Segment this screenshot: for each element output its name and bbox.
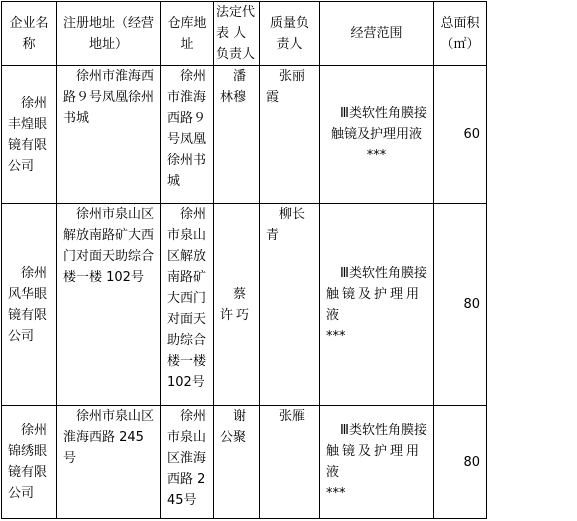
registered-address-cell: 徐州市泉山区解放南路矿大西门对面天助综合楼一楼 102号 xyxy=(57,204,161,406)
header-row: 企业名称 注册地址（经营地址） 仓库地址 法定代表 人负责人 质量负责人 经营范… xyxy=(2,2,487,66)
scope-line-3: *** xyxy=(326,483,427,504)
warehouse-address-cell: 徐州市泉山区解放南路矿大西门对面天助综合楼一楼 102号 xyxy=(161,204,214,406)
warehouse-address-cell: 徐州市泉山区淮海西路 245号 xyxy=(161,406,214,519)
scope-line-2: 触镜及护理用液 xyxy=(326,284,427,326)
table-row: 徐州风华眼镜有限公司 徐州市泉山区解放南路矿大西门对面天助综合楼一楼 102号 … xyxy=(2,204,487,406)
legal-rep-cell: 蔡许巧 xyxy=(214,204,260,406)
header-registered-address: 注册地址（经营地址） xyxy=(57,2,161,66)
business-scope-cell: Ⅲ类软性角膜接 触镜及护理用液 *** xyxy=(320,406,434,519)
scope-line-1: Ⅲ类软性角膜接 xyxy=(326,263,427,284)
business-scope-cell: Ⅲ类软性角膜接 触镜及护理用液 *** xyxy=(320,204,434,406)
warehouse-address-cell: 徐州市淮海西路９号凤凰徐州书城 xyxy=(161,66,214,204)
total-area-cell: 60 xyxy=(434,66,487,204)
table-row: 徐州锦绣眼镜有限公司 徐州市泉山区淮海西路 245号 徐州市泉山区淮海西路 24… xyxy=(2,406,487,519)
company-table: 企业名称 注册地址（经营地址） 仓库地址 法定代表 人负责人 质量负责人 经营范… xyxy=(1,1,487,519)
header-business-scope: 经营范围 xyxy=(320,2,434,66)
scope-line-2: 触镜及护理用液 xyxy=(326,124,427,145)
total-area-cell: 80 xyxy=(434,406,487,519)
header-legal-rep: 法定代表 人负责人 xyxy=(214,2,260,66)
business-scope-cell: Ⅲ类软性角膜接 触镜及护理用液 *** xyxy=(320,66,434,204)
quality-manager-cell: 张丽霞 xyxy=(260,66,320,204)
quality-manager-cell: 柳长青 xyxy=(260,204,320,406)
table-row: 徐州丰煌眼镜有限公司 徐州市淮海西路９号凤凰徐州书城 徐州市淮海西路９号凤凰徐州… xyxy=(2,66,487,204)
header-quality-manager: 质量负责人 xyxy=(260,2,320,66)
legal-rep-cell: 谢公聚 xyxy=(214,406,260,519)
scope-line-3: *** xyxy=(326,145,427,166)
quality-manager-cell: 张雁 xyxy=(260,406,320,519)
scope-line-3: *** xyxy=(326,326,427,347)
header-warehouse-address: 仓库地址 xyxy=(161,2,214,66)
registered-address-cell: 徐州市泉山区淮海西路 245号 xyxy=(57,406,161,519)
company-name-cell: 徐州风华眼镜有限公司 xyxy=(2,204,57,406)
legal-rep-cell: 潘林穆 xyxy=(214,66,260,204)
total-area-cell: 80 xyxy=(434,204,487,406)
company-name-cell: 徐州丰煌眼镜有限公司 xyxy=(2,66,57,204)
registered-address-cell: 徐州市淮海西路９号凤凰徐州书城 xyxy=(57,66,161,204)
header-total-area: 总面积（㎡） xyxy=(434,2,487,66)
scope-line-1: Ⅲ类软性角膜接 xyxy=(326,103,427,124)
scope-line-2: 触镜及护理用液 xyxy=(326,441,427,483)
scope-line-1: Ⅲ类软性角膜接 xyxy=(326,420,427,441)
header-company-name: 企业名称 xyxy=(2,2,57,66)
company-name-cell: 徐州锦绣眼镜有限公司 xyxy=(2,406,57,519)
